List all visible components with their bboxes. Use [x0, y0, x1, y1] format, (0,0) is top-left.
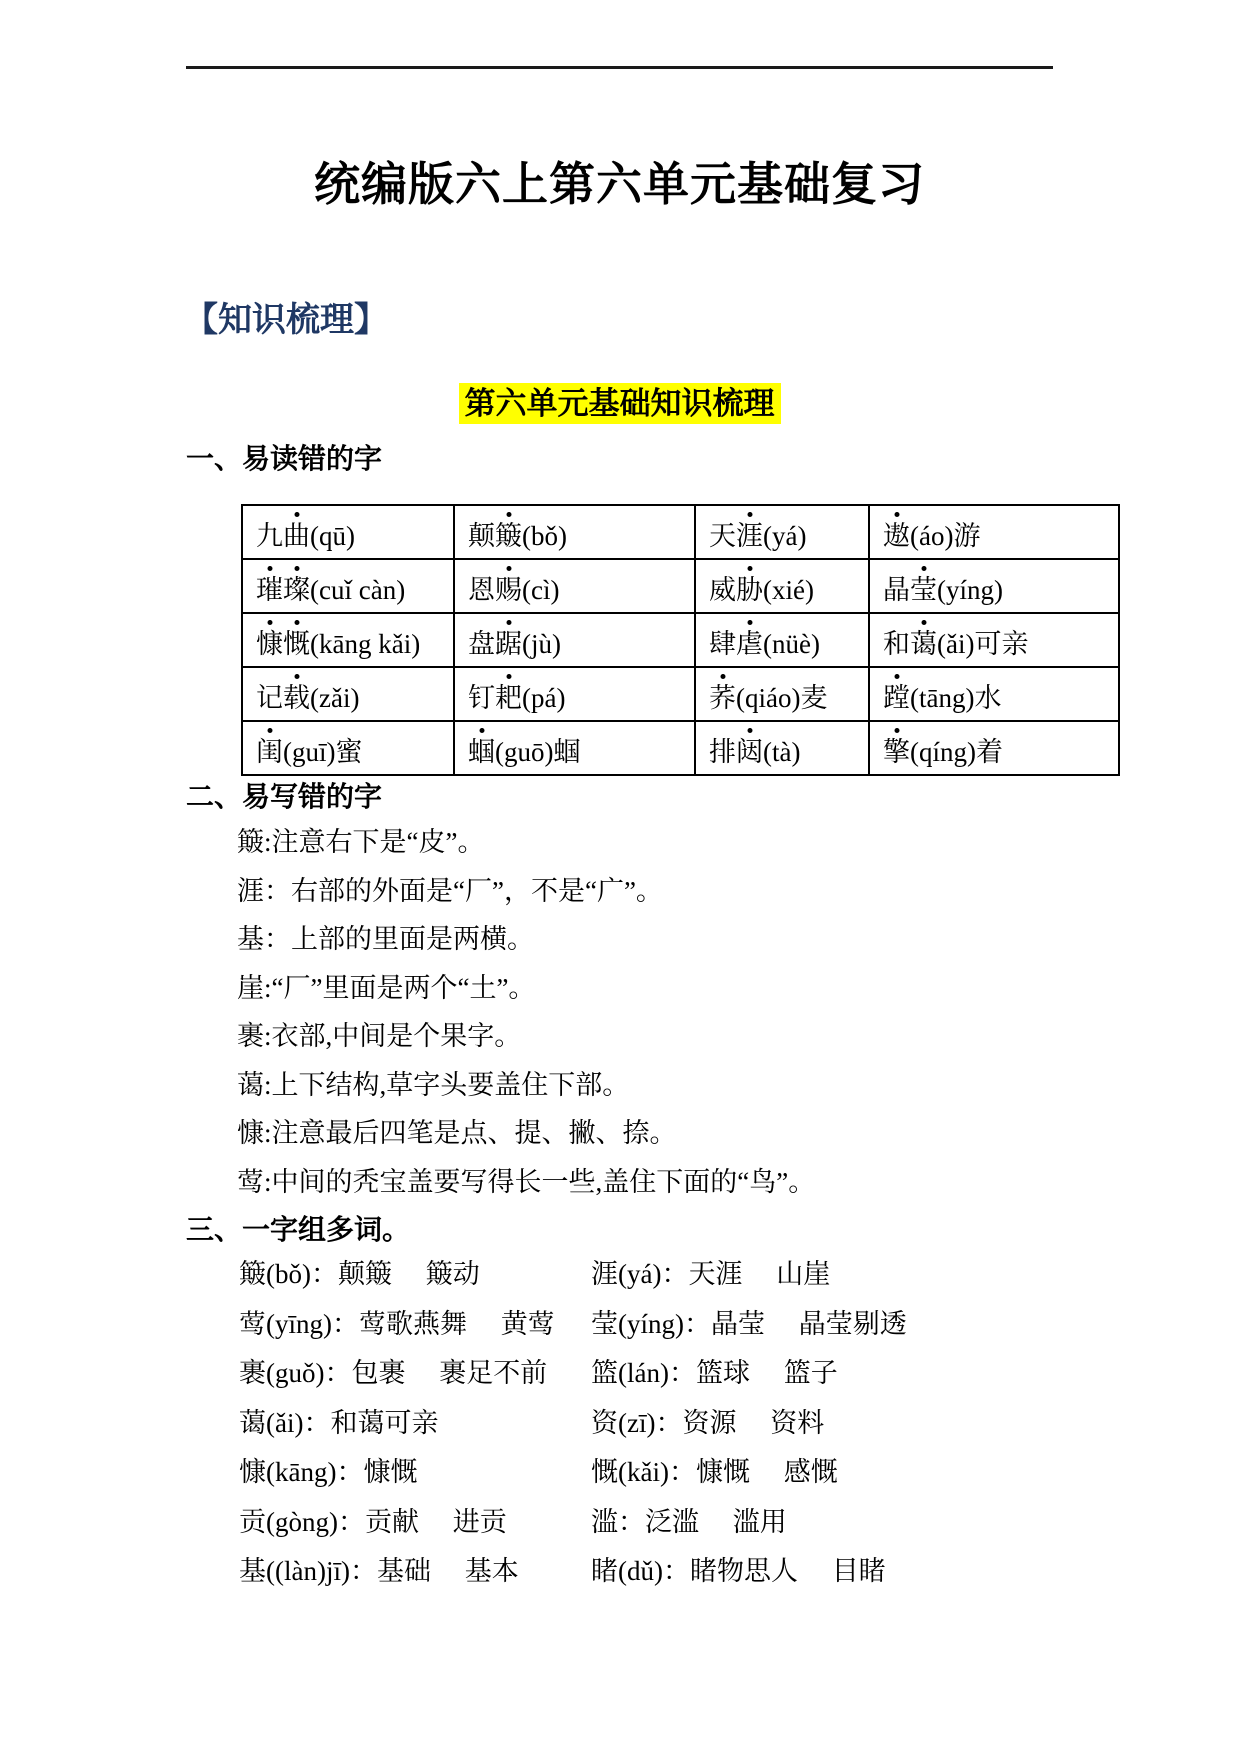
header-rule-divider [186, 66, 1053, 69]
word-group-left: 莺(yīng)：莺歌燕舞 黄莺 [239, 1311, 591, 1338]
table-cell: 荞(qiáo)麦 [695, 667, 869, 721]
table-cell: 颠簸(bǒ) [454, 505, 695, 559]
note-line: 簸:注意右下是“皮”。 [237, 818, 815, 867]
word-group-right: 篮(lán)：篮球 篮子 [591, 1360, 907, 1387]
table-cell: 恩赐(cì) [454, 559, 695, 613]
note-line: 慷:注意最后四笔是点、提、撇、捺。 [237, 1109, 815, 1158]
table-cell: 蝈(guō)蝈 [454, 721, 695, 775]
word-group-line: 贡(gòng)：贡献 进贡 滥：泛滥 滥用 [239, 1498, 907, 1548]
unit-heading-highlight: 第六单元基础知识梳理 [459, 383, 781, 424]
table-cell: 天涯(yá) [695, 505, 869, 559]
table-row: 璀璨(cuǐ càn) 恩赐(cì) 威胁(xié) 晶莹(yíng) [242, 559, 1119, 613]
pronunciation-table: 九曲(qū) 颠簸(bǒ) 天涯(yá) 遨(áo)游 璀璨(cuǐ càn) … [241, 504, 1120, 776]
page-title: 统编版六上第六单元基础复习 [186, 162, 1053, 208]
table-row: 闺(guī)蜜 蝈(guō)蝈 排闼(tà) 擎(qíng)着 [242, 721, 1119, 775]
table-cell: 钉耙(pá) [454, 667, 695, 721]
table-row: 慷慨(kāng kǎi) 盘踞(jù) 肆虐(nüè) 和蔼(ǎi)可亲 [242, 613, 1119, 667]
table-cell: 排闼(tà) [695, 721, 869, 775]
word-group-left: 贡(gòng)：贡献 进贡 [239, 1509, 591, 1536]
unit-heading-wrap: 第六单元基础知识梳理 [186, 383, 1053, 424]
word-group-right: 莹(yíng)：晶莹 晶莹剔透 [591, 1311, 907, 1338]
word-group-right: 滥：泛滥 滥用 [591, 1509, 907, 1536]
word-group-line: 裹(guǒ)：包裹 裹足不前 篮(lán)：篮球 篮子 [239, 1349, 907, 1399]
word-group-right: 涯(yá)：天涯 山崖 [591, 1261, 907, 1288]
note-line: 裹:衣部,中间是个果字。 [237, 1012, 815, 1061]
section-1-heading: 一、易读错的字 [186, 445, 382, 473]
word-group-left: 裹(guǒ)：包裹 裹足不前 [239, 1360, 591, 1387]
word-group-right: 慨(kǎi)：慷慨 感慨 [591, 1459, 907, 1486]
table-cell: 璀璨(cuǐ càn) [242, 559, 454, 613]
word-group-left: 簸(bǒ)：颠簸 簸动 [239, 1261, 591, 1288]
word-group-line: 慷(kāng)：慷慨 慨(kǎi)：慷慨 感慨 [239, 1448, 907, 1498]
word-group-list: 簸(bǒ)：颠簸 簸动 涯(yá)：天涯 山崖 莺(yīng)：莺歌燕舞 黄莺 … [239, 1250, 907, 1597]
word-group-right: 睹(dǔ)：睹物思人 目睹 [591, 1558, 907, 1585]
document-page: 统编版六上第六单元基础复习 【知识梳理】 第六单元基础知识梳理 一、易读错的字 … [0, 0, 1241, 1754]
table-cell: 和蔼(ǎi)可亲 [869, 613, 1119, 667]
table-cell: 九曲(qū) [242, 505, 454, 559]
note-line: 崖:“厂”里面是两个“土”。 [237, 964, 815, 1013]
miswritten-character-notes: 簸:注意右下是“皮”。 涯：右部的外面是“厂”，不是“广”。 基：上部的里面是两… [237, 818, 815, 1206]
word-group-line: 基((làn)jī)：基础 基本 睹(dǔ)：睹物思人 目睹 [239, 1547, 907, 1597]
table-cell: 遨(áo)游 [869, 505, 1119, 559]
word-group-line: 蔼(ǎi)：和蔼可亲 资(zī)：资源 资料 [239, 1399, 907, 1449]
section-3-heading: 三、一字组多词。 [186, 1216, 410, 1244]
word-group-left: 慷(kāng)：慷慨 [239, 1459, 591, 1486]
knowledge-review-marker: 【知识梳理】 [184, 304, 388, 338]
note-line: 基：上部的里面是两横。 [237, 915, 815, 964]
word-group-line: 簸(bǒ)：颠簸 簸动 涯(yá)：天涯 山崖 [239, 1250, 907, 1300]
table-row: 记载(zǎi) 钉耙(pá) 荞(qiáo)麦 蹚(tāng)水 [242, 667, 1119, 721]
table-cell: 蹚(tāng)水 [869, 667, 1119, 721]
table-cell: 慷慨(kāng kǎi) [242, 613, 454, 667]
table-cell: 肆虐(nüè) [695, 613, 869, 667]
note-line: 蔼:上下结构,草字头要盖住下部。 [237, 1061, 815, 1110]
note-line: 涯：右部的外面是“厂”，不是“广”。 [237, 867, 815, 916]
word-group-left: 蔼(ǎi)：和蔼可亲 [239, 1410, 591, 1437]
table-cell: 闺(guī)蜜 [242, 721, 454, 775]
table-row: 九曲(qū) 颠簸(bǒ) 天涯(yá) 遨(áo)游 [242, 505, 1119, 559]
table-cell: 威胁(xié) [695, 559, 869, 613]
table-cell: 晶莹(yíng) [869, 559, 1119, 613]
table-cell: 盘踞(jù) [454, 613, 695, 667]
note-line: 莺:中间的秃宝盖要写得长一些,盖住下面的“鸟”。 [237, 1158, 815, 1207]
table-cell: 记载(zǎi) [242, 667, 454, 721]
word-group-left: 基((làn)jī)：基础 基本 [239, 1558, 591, 1585]
table-cell: 擎(qíng)着 [869, 721, 1119, 775]
word-group-right: 资(zī)：资源 资料 [591, 1410, 907, 1437]
section-2-heading: 二、易写错的字 [186, 783, 382, 811]
word-group-line: 莺(yīng)：莺歌燕舞 黄莺 莹(yíng)：晶莹 晶莹剔透 [239, 1300, 907, 1350]
